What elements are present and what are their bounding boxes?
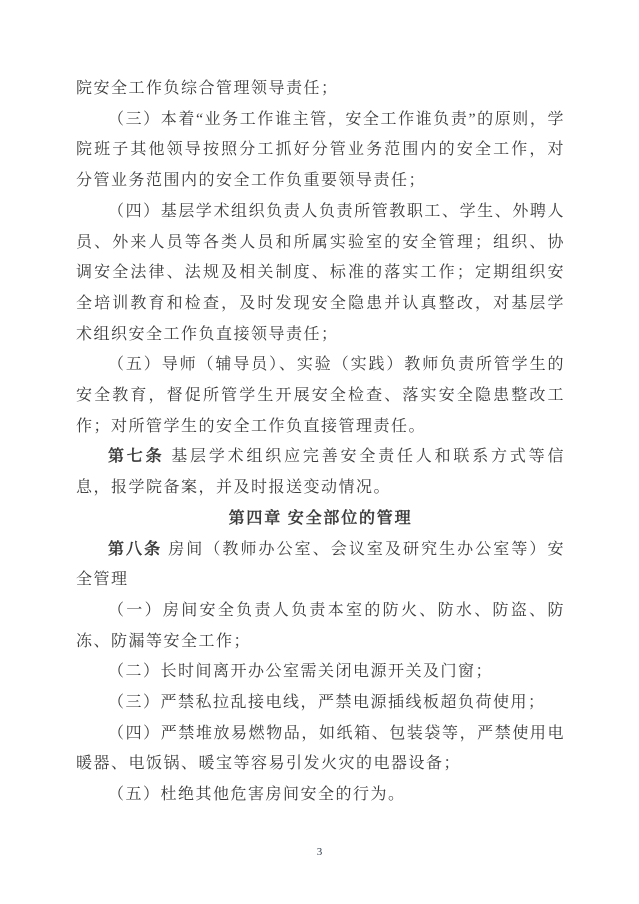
article-number: 第八条 [108,541,162,558]
paragraph: （三）本着“业务工作谁主管，安全工作谁负责”的原则，学院班子其他领导按照分工抓好… [76,105,565,197]
paragraph: （四）严禁堆放易燃物品，如纸箱、包装袋等，严禁使用电暖器、电饭锅、暖宝等容易引发… [76,719,565,780]
paragraph: （三）严禁私拉乱接电线，严禁电源插线板超负荷使用； [76,688,565,719]
paragraph: （五）导师（辅导员）、实验（实践）教师负责所管学生的安全教育，督促所管学生开展安… [76,350,565,442]
document-page: 院安全工作负综合管理领导责任；（三）本着“业务工作谁主管，安全工作谁负责”的原则… [0,0,639,904]
chapter-heading: 第四章 安全部位的管理 [76,504,565,535]
page-number: 3 [0,846,639,858]
paragraph: （五）杜绝其他危害房间安全的行为。 [76,780,565,811]
paragraph: 院安全工作负综合管理领导责任； [76,74,565,105]
paragraph: （二）长时间离开办公室需关闭电源开关及门窗； [76,657,565,688]
document-content: 院安全工作负综合管理领导责任；（三）本着“业务工作谁主管，安全工作谁负责”的原则… [76,74,565,811]
paragraph: （一）房间安全负责人负责本室的防火、防水、防盗、防冻、防漏等安全工作； [76,596,565,657]
article-number: 第七条 [108,448,164,465]
paragraph: 第七条 基层学术组织应完善安全责任人和联系方式等信息，报学院备案，并及时报送变动… [76,442,565,503]
paragraph: 第八条 房间（教师办公室、会议室及研究生办公室等）安全管理 [76,535,565,596]
paragraph: （四）基层学术组织负责人负责所管教职工、学生、外聘人员、外来人员等各类人员和所属… [76,197,565,351]
